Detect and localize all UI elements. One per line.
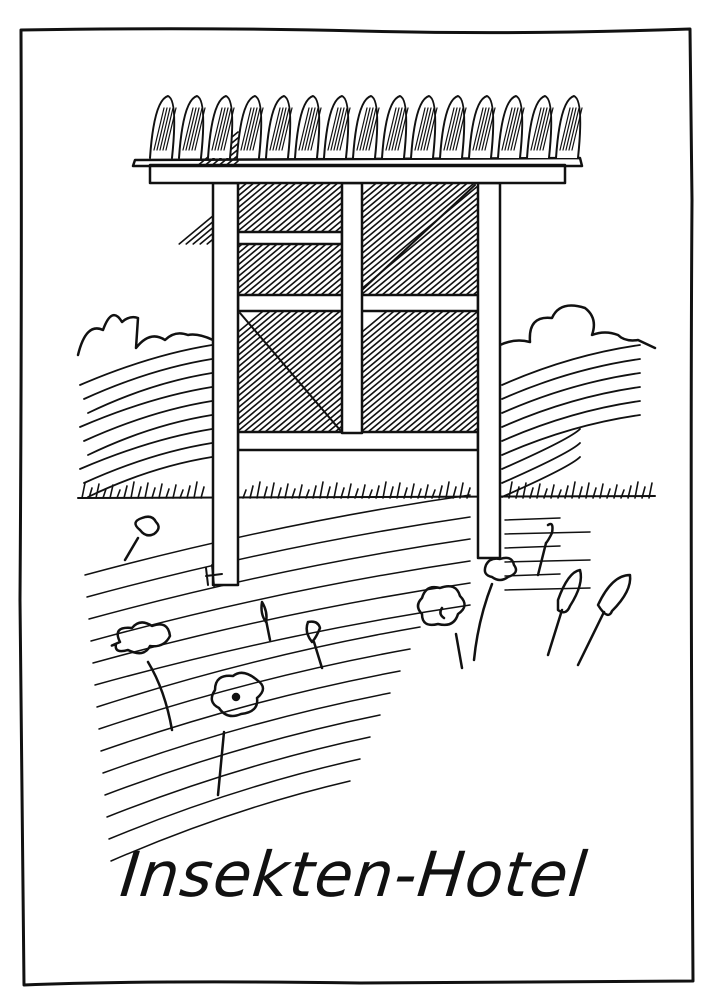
leaf-small-right (538, 524, 553, 575)
flower-small-left (125, 517, 159, 560)
crossbar-upper-left (238, 232, 342, 244)
caption-title: Insekten-Hotel (0, 838, 708, 911)
flower-center (212, 673, 263, 795)
bud-2 (307, 622, 322, 668)
flower-right-2 (474, 558, 516, 660)
grass-line (78, 482, 655, 498)
leaf-right-1 (548, 570, 581, 655)
center-post (342, 183, 362, 433)
meadow-hatching (85, 495, 590, 861)
right-post (478, 183, 500, 558)
roof (133, 96, 582, 166)
crossbar-bottom (238, 432, 478, 450)
bush-right (500, 306, 655, 348)
lintel (150, 165, 565, 183)
left-post (213, 183, 238, 585)
flower-big-left (112, 622, 172, 730)
flower-right-1 (418, 586, 465, 668)
